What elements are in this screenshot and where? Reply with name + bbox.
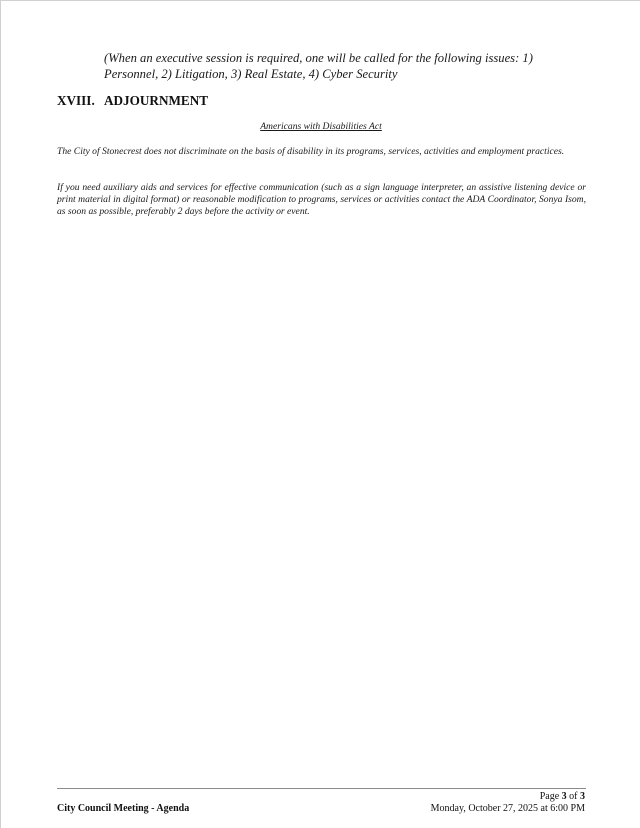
ada-title: Americans with Disabilities Act bbox=[1, 121, 640, 133]
page-of: of bbox=[569, 791, 577, 802]
ada-accommodation-paragraph: If you need auxiliary aids and services … bbox=[57, 182, 586, 218]
document-page: (When an executive session is required, … bbox=[0, 0, 640, 828]
footer-meeting-datetime: Monday, October 27, 2025 at 6:00 PM bbox=[431, 802, 585, 815]
section-number: XVIII. bbox=[57, 93, 104, 109]
page-total: 3 bbox=[580, 791, 585, 802]
footer-divider bbox=[57, 788, 586, 789]
page-current: 3 bbox=[562, 791, 567, 802]
executive-session-note: (When an executive session is required, … bbox=[104, 50, 584, 82]
ada-nondiscrimination-paragraph: The City of Stonecrest does not discrimi… bbox=[57, 146, 586, 158]
section-heading-adjournment: XVIII.ADJOURNMENT bbox=[57, 93, 208, 109]
section-title: ADJOURNMENT bbox=[104, 93, 208, 108]
page-label: Page bbox=[540, 791, 559, 802]
footer-meeting-title: City Council Meeting - Agenda bbox=[57, 802, 189, 815]
